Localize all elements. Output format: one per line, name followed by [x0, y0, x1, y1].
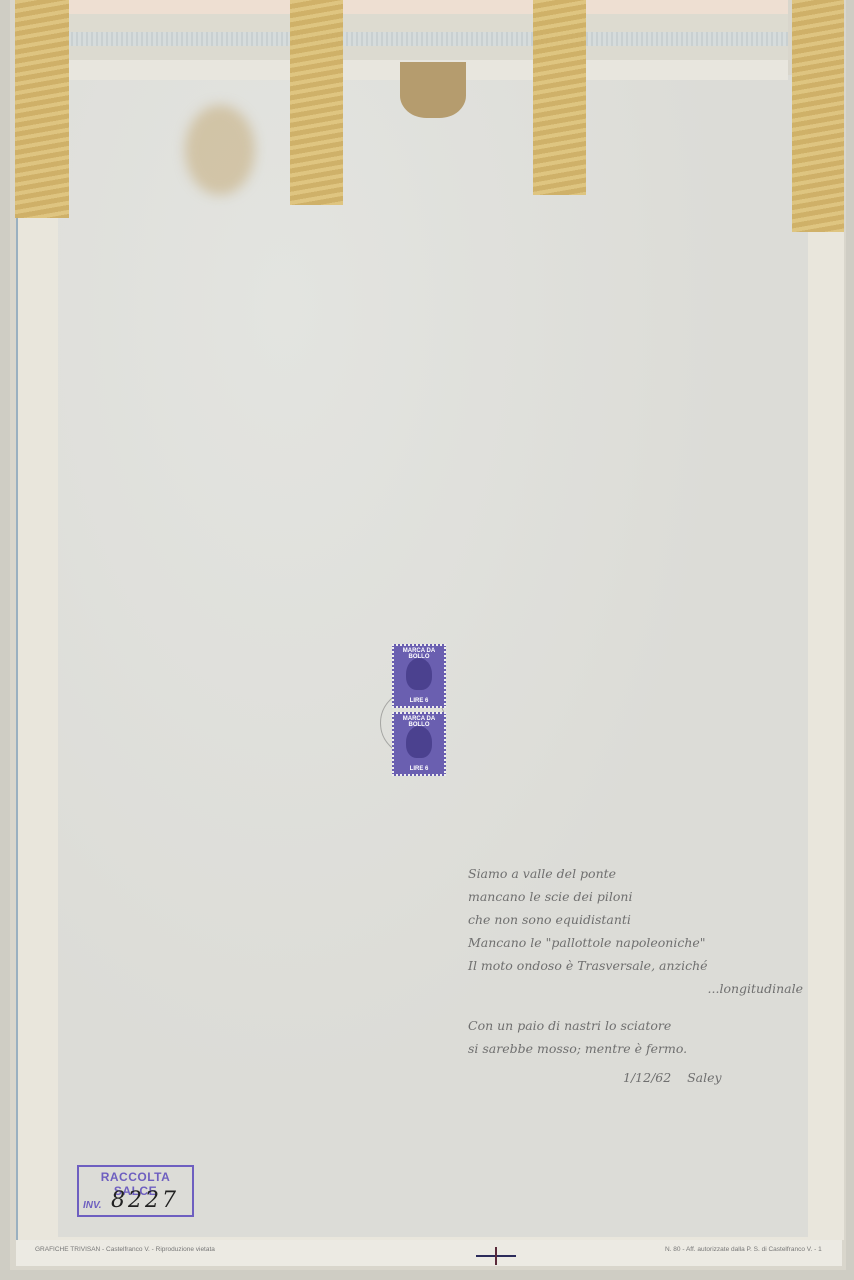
masking-tape-strip — [533, 0, 586, 195]
torn-label-remnant — [400, 62, 466, 118]
note-line: mancano le scie dei piloni — [468, 885, 803, 908]
note-date-signature: 1/12/62 Saley — [468, 1066, 803, 1089]
note-line: che non sono equidistanti — [468, 908, 803, 931]
mesh-strip — [68, 32, 788, 46]
mount-band — [68, 14, 788, 32]
handwritten-note: Siamo a valle del ponte mancano le scie … — [468, 862, 803, 1089]
water-stain — [185, 105, 255, 195]
printer-credit: GRAFICHE TRIVISAN - Castelfranco V. - Ri… — [35, 1246, 215, 1253]
masking-tape-strip — [15, 0, 69, 218]
stamp-value: LIRE 6 — [394, 766, 444, 772]
top-edge — [68, 0, 788, 14]
revenue-stamps: MARCA DA BOLLO LIRE 6 MARCA DA BOLLO LIR… — [392, 644, 446, 772]
revenue-stamp: MARCA DA BOLLO LIRE 6 — [392, 644, 446, 708]
bottom-margin-strip — [16, 1240, 842, 1266]
masking-tape-strip — [792, 0, 844, 232]
authorization-line: N. 80 - Aff. autorizzate dalla P. S. di … — [665, 1246, 822, 1253]
registration-mark-icon — [476, 1247, 516, 1263]
stamp-value: LIRE 6 — [394, 698, 444, 704]
inventory-prefix: INV. — [83, 1200, 102, 1211]
portrait-icon — [406, 658, 432, 690]
mount-band-lower — [68, 46, 788, 60]
inventory-stamp: RACCOLTA SALCE INV. 8227 — [77, 1165, 194, 1217]
note-line: ...longitudinale — [468, 977, 803, 1000]
note-line: Siamo a valle del ponte — [468, 862, 803, 885]
portrait-icon — [406, 726, 432, 758]
note-date: 1/12/62 — [623, 1070, 671, 1085]
note-line: Il moto ondoso è Trasversale, anziché — [468, 954, 803, 977]
note-line: Mancano le "pallottole napoleoniche" — [468, 931, 803, 954]
note-line: Con un paio di nastri lo sciatore — [468, 1014, 803, 1037]
revenue-stamp: MARCA DA BOLLO LIRE 6 — [392, 712, 446, 776]
inventory-number: 8227 — [111, 1188, 179, 1213]
signature: Saley — [687, 1070, 721, 1085]
masking-tape-strip — [290, 0, 343, 205]
note-line: si sarebbe mosso; mentre è fermo. — [468, 1037, 803, 1060]
